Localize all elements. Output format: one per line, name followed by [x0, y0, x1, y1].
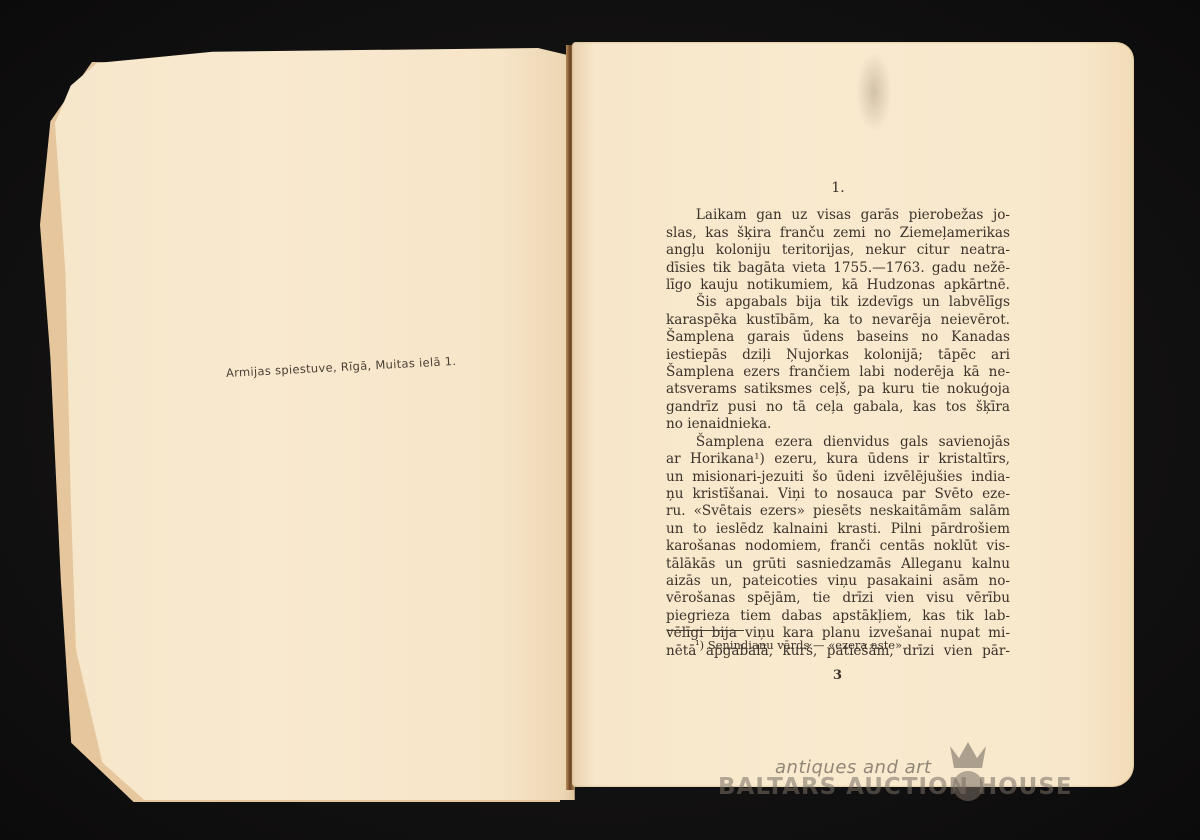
- text-line: Šis apgabals bija tik izdevīgs un labvēl…: [666, 294, 1010, 311]
- page-stain: [856, 52, 892, 132]
- text-line: vērošanas spējām, tie drīzi vien visu vē…: [666, 590, 1010, 607]
- text-line: Šamplena garais ūdens baseins no Kanadas: [666, 329, 1010, 346]
- text-line: tālākās un grūti sasniedzamās Alleganu k…: [666, 556, 1010, 573]
- text-line: atsverams satiksmes ceļš, pa kuru tie no…: [666, 381, 1010, 398]
- chapter-number: 1.: [666, 180, 1010, 197]
- text-line: Šamplena ezers frančiem labi noderēja kā…: [666, 364, 1010, 381]
- footnote-divider: [668, 630, 744, 631]
- text-line: ar Horikana¹) ezeru, kura ūdens ir krist…: [666, 451, 1010, 468]
- paragraph-1: Laikam gan uz visas garās pierobežas jo-…: [666, 207, 1010, 294]
- text-line: ru. «Svētais ezers» piesēts neskaitāmām …: [666, 503, 1010, 520]
- left-page: [55, 48, 580, 800]
- text-line: un to ieslēdz kalnaini krasti. Pilni pār…: [666, 521, 1010, 538]
- text-line: gandrīz pusi no tā ceļa gabala, kas tos …: [666, 399, 1010, 416]
- paragraph-2: Šis apgabals bija tik izdevīgs un labvēl…: [666, 294, 1010, 433]
- body-text: 1. Laikam gan uz visas garās pierobežas …: [666, 180, 1010, 660]
- text-line: piegrieza tiem dabas apstākļiem, kas tik…: [666, 608, 1010, 625]
- text-line: aizās un, pateicoties viņu pasakaini asā…: [666, 573, 1010, 590]
- text-line: Šamplena ezera dienvidus gals savienojās: [666, 434, 1010, 451]
- text-line: angļu koloniju teritorijas, nekur citur …: [666, 242, 1010, 259]
- paragraph-3: Šamplena ezera dienvidus gals savienojās…: [666, 434, 1010, 660]
- text-line: karaspēka kustībām, ka to nevarēja neiev…: [666, 312, 1010, 329]
- crown-logo-icon: [946, 742, 990, 804]
- text-line: līgo kauju notikumiem, kā Hudzonas apkār…: [666, 277, 1010, 294]
- text-line: slas, kas šķira franču zemi no Ziemeļame…: [666, 225, 1010, 242]
- text-line: dīsies tik bagāta vieta 1755.—1763. gadu…: [666, 260, 1010, 277]
- text-line: no ienaidnieka.: [666, 416, 1010, 433]
- text-line: un misionari-jezuiti šo ūdeni izvēlējuši…: [666, 469, 1010, 486]
- text-line: Laikam gan uz visas garās pierobežas jo-: [666, 207, 1010, 224]
- text-line: karošanas nodomiem, franči centās noklūt…: [666, 538, 1010, 555]
- footnote: ¹) Senindiaņu vārds — «ezera aste».: [695, 638, 906, 652]
- text-line: iestiepās dziļi Ņujorkas kolonijā; tāpēc…: [666, 347, 1010, 364]
- page-number: 3: [833, 668, 842, 683]
- text-line: ņu kristīšanai. Viņi to nosauca par Svēt…: [666, 486, 1010, 503]
- watermark-brand: BALTARS AUCTION HOUSE: [718, 774, 1073, 800]
